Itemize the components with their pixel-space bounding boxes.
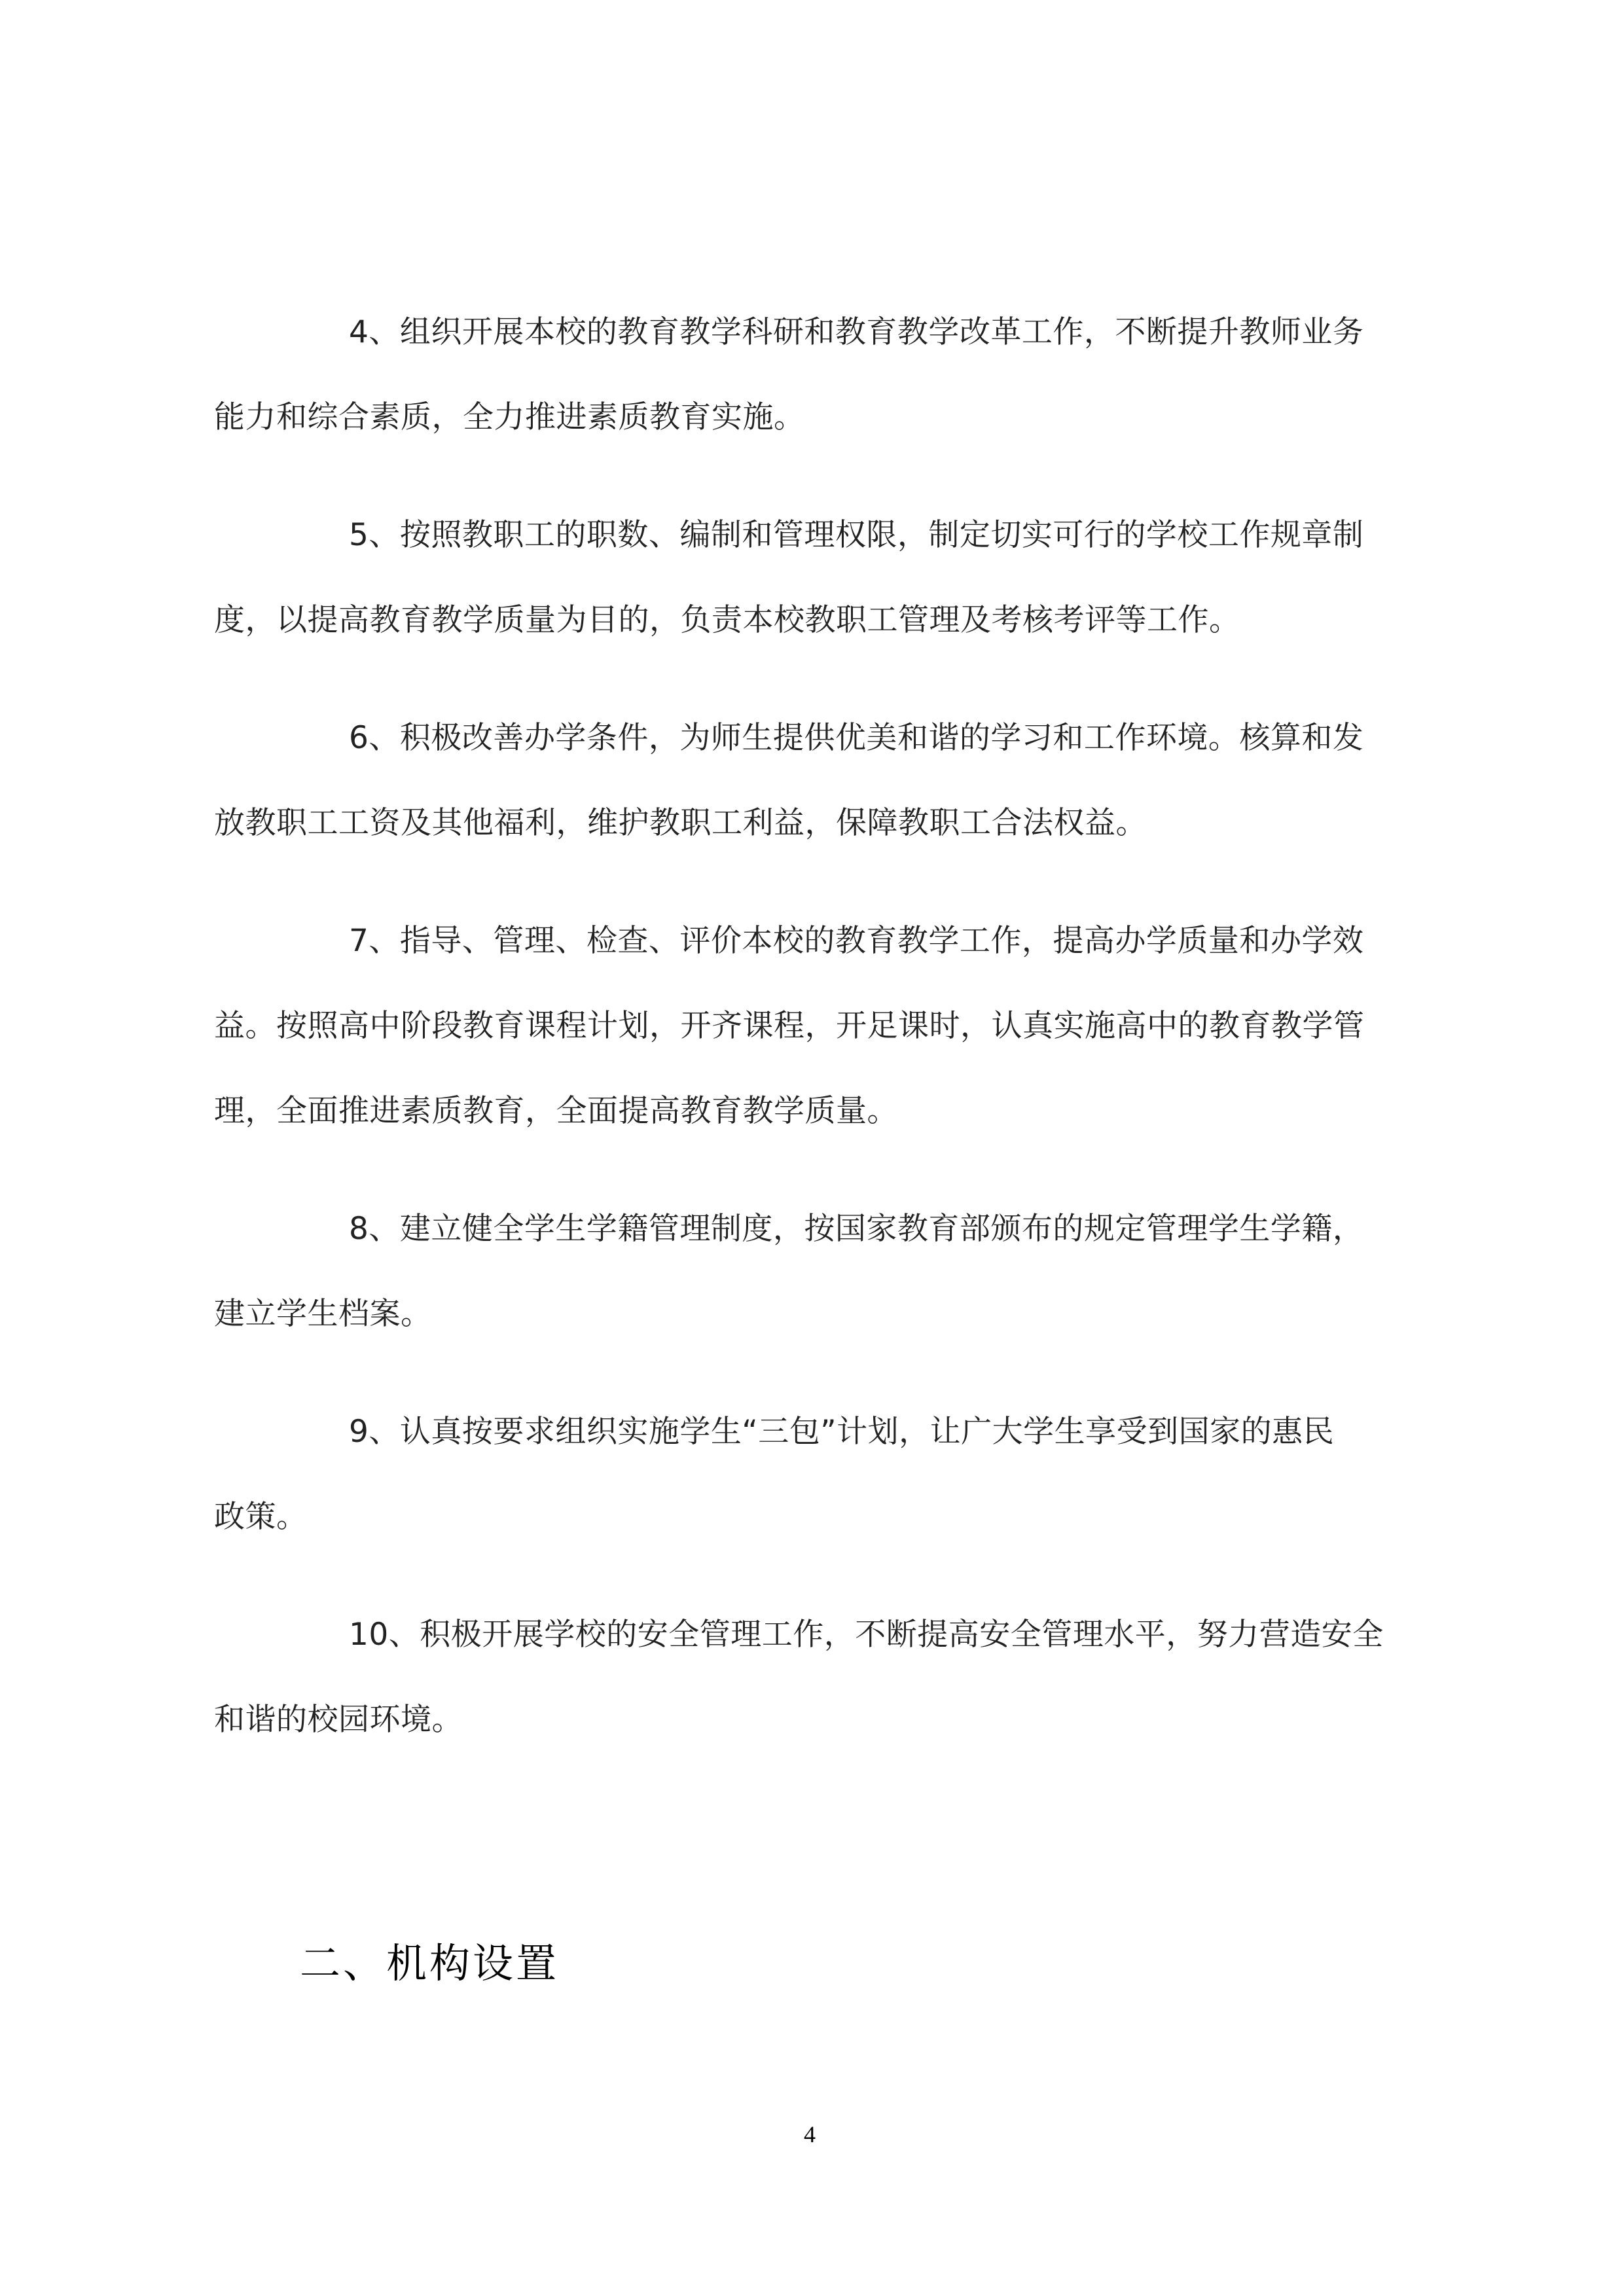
- paragraph-4-line-1: 4、组织开展本校的教育教学科研和教育教学改革工作，不断提升教师业务: [349, 308, 1363, 351]
- paragraph-9-line-1: 9、认真按要求组织实施学生“三包”计划，让广大学生享受到国家的惠民: [349, 1407, 1334, 1451]
- paragraph-7-line-2: 益。按照高中阶段教育课程计划，开齐课程，开足课时，认真实施高中的教育教学管: [214, 1001, 1365, 1045]
- paragraph-6-line-1: 6、积极改善办学条件，为师生提供优美和谐的学习和工作环境。核算和发: [349, 713, 1363, 757]
- paragraph-6-line-2: 放教职工工资及其他福利，维护教职工利益，保障教职工合法权益。: [214, 798, 1147, 842]
- paragraph-7-line-1: 7、指导、管理、检查、评价本校的教育教学工作，提高办学质量和办学效: [349, 916, 1363, 960]
- paragraph-8-line-2: 建立学生档案。: [214, 1289, 432, 1333]
- section-heading: 二、机构设置: [300, 1931, 559, 1989]
- document-page: 4、组织开展本校的教育教学科研和教育教学改革工作，不断提升教师业务 能力和综合素…: [0, 0, 1624, 2296]
- paragraph-9-line-2: 政策。: [214, 1492, 308, 1536]
- paragraph-8-line-1: 8、建立健全学生学籍管理制度，按国家教育部颁布的规定管理学生学籍，: [349, 1204, 1363, 1248]
- paragraph-4-line-2: 能力和综合素质，全力推进素质教育实施。: [214, 393, 805, 437]
- page-number: 4: [804, 2121, 816, 2148]
- paragraph-5-line-2: 度，以提高教育教学质量为目的，负责本校教职工管理及考核考评等工作。: [214, 596, 1240, 639]
- paragraph-5-line-1: 5、按照教职工的职数、编制和管理权限，制定切实可行的学校工作规章制: [349, 511, 1363, 554]
- paragraph-10-line-2: 和谐的校园环境。: [214, 1695, 463, 1739]
- paragraph-7-line-3: 理，全面推进素质教育，全面提高教育教学质量。: [214, 1086, 898, 1130]
- paragraph-10-line-1: 10、积极开展学校的安全管理工作，不断提高安全管理水平，努力营造安全: [349, 1610, 1384, 1654]
